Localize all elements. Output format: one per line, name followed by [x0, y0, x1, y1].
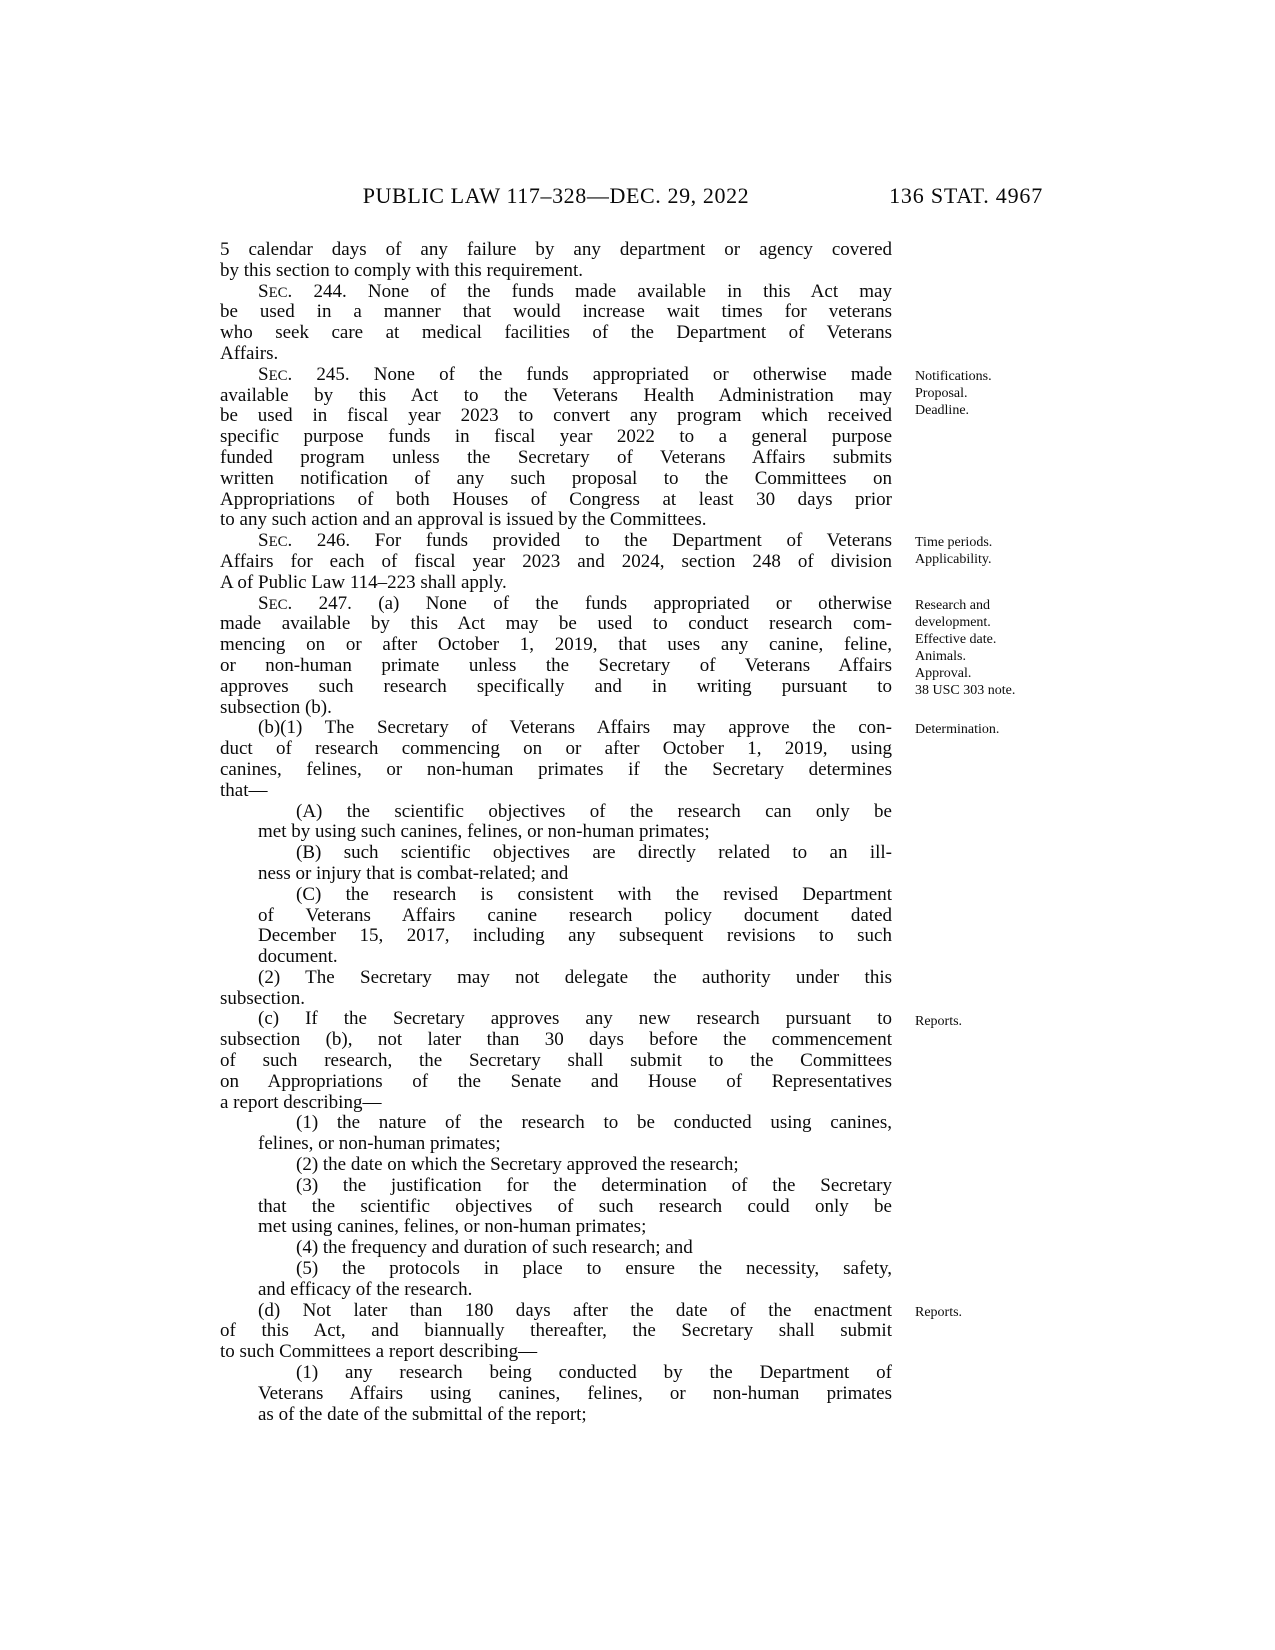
text-line: subsection. [220, 989, 892, 1010]
text-line: SEC. 245. None of the funds appropriated… [220, 365, 892, 386]
paragraph: SEC. 246. For funds provided to the Depa… [220, 531, 892, 593]
paragraph: (A) the scientific objectives of the res… [220, 802, 892, 844]
paragraph: (3) the justification for the determinat… [220, 1176, 892, 1238]
margin-note-line: Determination. [915, 721, 1055, 738]
text-line: (1) any research being conducted by the … [220, 1363, 892, 1384]
text-line: of Veterans Affairs canine research poli… [220, 906, 892, 927]
text-line: (4) the frequency and duration of such r… [220, 1238, 892, 1259]
text-line: a report describing— [220, 1093, 892, 1114]
text-line: canines, felines, or non-human primates … [220, 760, 892, 781]
margin-note-line: Applicability. [915, 551, 1055, 568]
text-line: (C) the research is consistent with the … [220, 885, 892, 906]
text-line: (2) The Secretary may not delegate the a… [220, 968, 892, 989]
text-line: made available by this Act may be used t… [220, 614, 892, 635]
text-line: as of the date of the submittal of the r… [220, 1405, 892, 1426]
text-line: Veterans Affairs using canines, felines,… [220, 1384, 892, 1405]
text-line: SEC. 247. (a) None of the funds appropri… [220, 594, 892, 615]
paragraph: (c) If the Secretary approves any new re… [220, 1009, 892, 1113]
text-line: to such Committees a report describing— [220, 1342, 892, 1363]
text-line: (B) such scientific objectives are direc… [220, 843, 892, 864]
margin-note-line: Approval. [915, 665, 1055, 682]
text-line: met using canines, felines, or non-human… [220, 1217, 892, 1238]
text-line: (2) the date on which the Secretary appr… [220, 1155, 892, 1176]
text-line: who seek care at medical facilities of t… [220, 323, 892, 344]
text-line: available by this Act to the Veterans He… [220, 386, 892, 407]
paragraph: SEC. 247. (a) None of the funds appropri… [220, 594, 892, 719]
text-line: that— [220, 781, 892, 802]
paragraph: (b)(1) The Secretary of Veterans Affairs… [220, 718, 892, 801]
text-line: subsection (b). [220, 698, 892, 719]
text-line: mencing on or after October 1, 2019, tha… [220, 635, 892, 656]
text-line: approves such research specifically and … [220, 677, 892, 698]
text-line: ness or injury that is combat-related; a… [220, 864, 892, 885]
text-line: (3) the justification for the determinat… [220, 1176, 892, 1197]
text-line: subsection (b), not later than 30 days b… [220, 1030, 892, 1051]
text-line: 5 calendar days of any failure by any de… [220, 240, 892, 261]
paragraph: (1) the nature of the research to be con… [220, 1113, 892, 1155]
margin-note-line: Proposal. [915, 385, 1055, 402]
statute-page: PUBLIC LAW 117–328—DEC. 29, 2022 136 STA… [0, 0, 1275, 1650]
text-line: written notification of any such proposa… [220, 469, 892, 490]
text-line: Affairs for each of fiscal year 2023 and… [220, 552, 892, 573]
text-line: (A) the scientific objectives of the res… [220, 802, 892, 823]
margin-note: Reports. [915, 1013, 1055, 1030]
text-line: Appropriations of both Houses of Congres… [220, 490, 892, 511]
page-header-stat-number: 136 STAT. 4967 [843, 183, 1043, 209]
text-line: December 15, 2017, including any subsequ… [220, 926, 892, 947]
margin-note: Reports. [915, 1304, 1055, 1321]
page-header-law-title: PUBLIC LAW 117–328—DEC. 29, 2022 [220, 183, 892, 209]
paragraph: SEC. 244. None of the funds made availab… [220, 282, 892, 365]
margin-note-line: Time periods. [915, 534, 1055, 551]
text-line: met by using such canines, felines, or n… [220, 822, 892, 843]
margin-note: Time periods.Applicability. [915, 534, 1055, 568]
margin-note-line: Notifications. [915, 368, 1055, 385]
text-line: by this section to comply with this requ… [220, 261, 892, 282]
text-line: document. [220, 947, 892, 968]
margin-note-line: Reports. [915, 1013, 1055, 1030]
paragraph: 5 calendar days of any failure by any de… [220, 240, 892, 282]
text-line: Affairs. [220, 344, 892, 365]
text-line: SEC. 246. For funds provided to the Depa… [220, 531, 892, 552]
text-line: be used in a manner that would increase … [220, 302, 892, 323]
text-line: that the scientific objectives of such r… [220, 1197, 892, 1218]
text-line: or non-human primate unless the Secretar… [220, 656, 892, 677]
paragraph: (1) any research being conducted by the … [220, 1363, 892, 1425]
text-line: SEC. 244. None of the funds made availab… [220, 282, 892, 303]
text-line: A of Public Law 114–223 shall apply. [220, 573, 892, 594]
text-line: felines, or non-human primates; [220, 1134, 892, 1155]
paragraph: (5) the protocols in place to ensure the… [220, 1259, 892, 1301]
text-line: (b)(1) The Secretary of Veterans Affairs… [220, 718, 892, 739]
text-line: (1) the nature of the research to be con… [220, 1113, 892, 1134]
margin-note-line: Effective date. [915, 631, 1055, 648]
text-line: (c) If the Secretary approves any new re… [220, 1009, 892, 1030]
text-line: (5) the protocols in place to ensure the… [220, 1259, 892, 1280]
text-line: of such research, the Secretary shall su… [220, 1051, 892, 1072]
paragraph: (B) such scientific objectives are direc… [220, 843, 892, 885]
text-line: specific purpose funds in fiscal year 20… [220, 427, 892, 448]
text-line: be used in fiscal year 2023 to convert a… [220, 406, 892, 427]
text-line: to any such action and an approval is is… [220, 510, 892, 531]
paragraph: (4) the frequency and duration of such r… [220, 1238, 892, 1259]
text-line: duct of research commencing on or after … [220, 739, 892, 760]
paragraph: (2) The Secretary may not delegate the a… [220, 968, 892, 1010]
paragraph: (C) the research is consistent with the … [220, 885, 892, 968]
margin-note: Research and development.Effective date.… [915, 597, 1055, 699]
margin-note-line: Reports. [915, 1304, 1055, 1321]
body-text: 5 calendar days of any failure by any de… [220, 240, 892, 1425]
paragraph: SEC. 245. None of the funds appropriated… [220, 365, 892, 531]
text-line: on Appropriations of the Senate and Hous… [220, 1072, 892, 1093]
margin-note: Notifications.Proposal.Deadline. [915, 368, 1055, 419]
paragraph: (d) Not later than 180 days after the da… [220, 1301, 892, 1363]
text-line: and efficacy of the research. [220, 1280, 892, 1301]
text-line: of this Act, and biannually thereafter, … [220, 1321, 892, 1342]
margin-note-line: Research and development. [915, 597, 1055, 631]
text-line: funded program unless the Secretary of V… [220, 448, 892, 469]
text-line: (d) Not later than 180 days after the da… [220, 1301, 892, 1322]
paragraph: (2) the date on which the Secretary appr… [220, 1155, 892, 1176]
margin-note-line: 38 USC 303 note. [915, 682, 1055, 699]
margin-note: Determination. [915, 721, 1055, 738]
margin-note-line: Animals. [915, 648, 1055, 665]
margin-note-line: Deadline. [915, 402, 1055, 419]
